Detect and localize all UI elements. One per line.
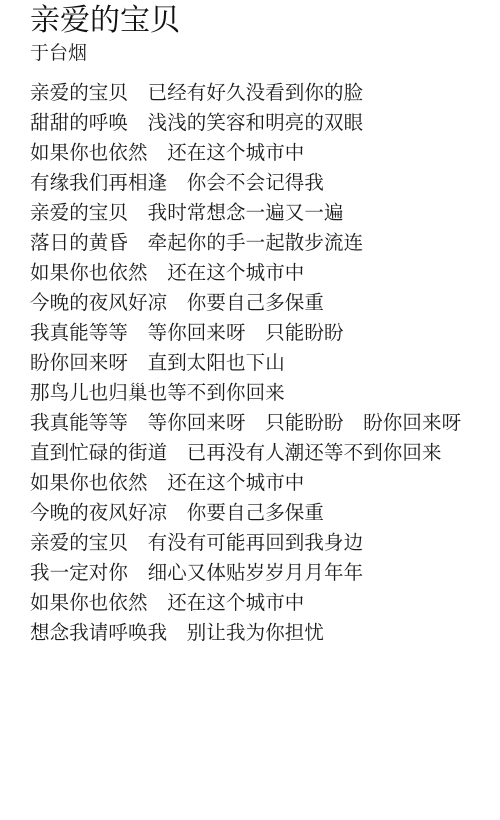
lyric-line: 如果你也依然 还在这个城市中 <box>30 258 461 288</box>
song-title: 亲爱的宝贝 <box>30 3 180 39</box>
lyric-line: 如果你也依然 还在这个城市中 <box>30 588 461 618</box>
lyric-line: 那鸟儿也归巢也等不到你回来 <box>30 378 461 408</box>
lyric-line: 甜甜的呼唤 浅浅的笑容和明亮的双眼 <box>30 108 461 138</box>
lyric-line: 如果你也依然 还在这个城市中 <box>30 138 461 168</box>
lyric-line: 盼你回来呀 直到太阳也下山 <box>30 348 461 378</box>
lyric-line: 直到忙碌的街道 已再没有人潮还等不到你回来 <box>30 438 461 468</box>
lyric-line: 落日的黄昏 牵起你的手一起散步流连 <box>30 228 461 258</box>
lyric-line: 亲爱的宝贝 有没有可能再回到我身边 <box>30 528 461 558</box>
lyric-line: 有缘我们再相逢 你会不会记得我 <box>30 168 461 198</box>
lyrics-list: 亲爱的宝贝 已经有好久没看到你的脸 甜甜的呼唤 浅浅的笑容和明亮的双眼 如果你也… <box>30 78 461 648</box>
lyric-line: 亲爱的宝贝 我时常想念一遍又一遍 <box>30 198 461 228</box>
lyric-line: 亲爱的宝贝 已经有好久没看到你的脸 <box>30 78 461 108</box>
lyric-line: 我真能等等 等你回来呀 只能盼盼 盼你回来呀 <box>30 408 461 438</box>
song-artist: 于台烟 <box>30 41 87 65</box>
lyric-line: 我一定对你 细心又体贴岁岁月月年年 <box>30 558 461 588</box>
lyric-line: 想念我请呼唤我 别让我为你担忧 <box>30 618 461 648</box>
lyric-line: 今晚的夜风好凉 你要自己多保重 <box>30 498 461 528</box>
lyric-line: 我真能等等 等你回来呀 只能盼盼 <box>30 318 461 348</box>
lyric-line: 今晚的夜风好凉 你要自己多保重 <box>30 288 461 318</box>
lyric-line: 如果你也依然 还在这个城市中 <box>30 468 461 498</box>
